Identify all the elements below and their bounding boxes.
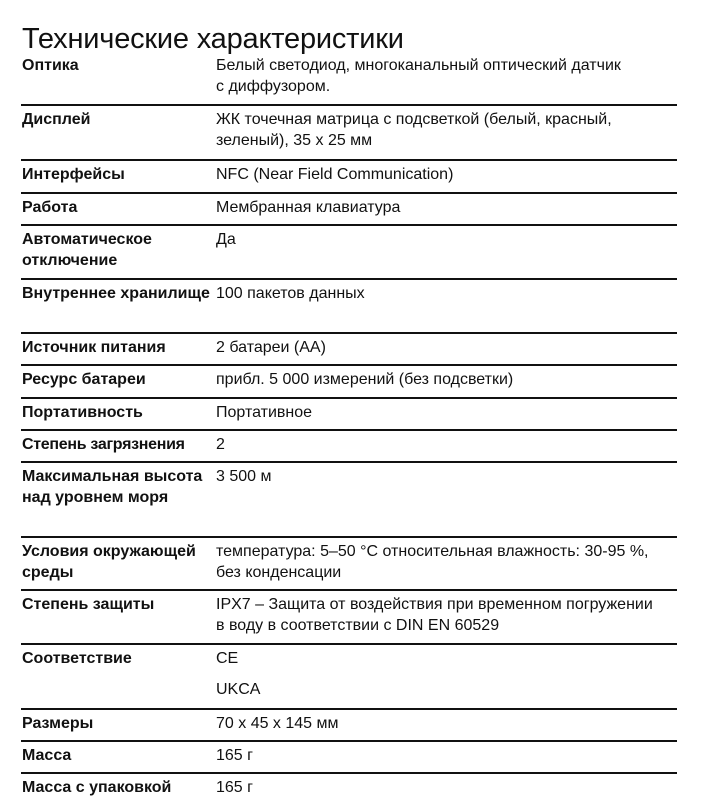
spec-label: Внутреннее хранилище — [21, 280, 216, 332]
spec-row-portability: Портативность Портативное — [21, 399, 677, 431]
spec-label: Масса — [21, 742, 216, 772]
spec-row-storage: Внутреннее хранилище 100 пакетов данных — [21, 280, 677, 334]
spec-label: Соответствие — [21, 645, 216, 708]
spec-label: Интерфейсы — [21, 161, 216, 192]
spec-row-protection: Степень защиты IPX7 – Защита от воздейст… — [21, 591, 677, 645]
spec-value-text: ЖК точечная матрица с подсветкой (белый,… — [216, 109, 677, 151]
spec-value: 2 — [216, 431, 677, 461]
spec-value: IPX7 – Защита от воздействия при временн… — [216, 591, 677, 643]
spec-row-conformity: Соответствие CE UKCA — [21, 645, 677, 710]
spec-label: Источник питания — [21, 334, 216, 364]
spec-value-text: CE — [216, 648, 677, 669]
spec-label: Степень загрязнения — [21, 431, 216, 461]
spec-row-power: Источник питания 2 батареи (AA) — [21, 334, 677, 366]
spec-value: температура: 5–50 °C относительная влажн… — [216, 538, 677, 589]
spec-value-text: 2 батареи (AA) — [216, 337, 677, 358]
spec-value: Да — [216, 226, 677, 278]
spec-row-environment: Условия окружающей среды температура: 5–… — [21, 538, 677, 591]
spec-value: 100 пакетов данных — [216, 280, 677, 332]
spec-value: 165 г — [216, 742, 677, 772]
spec-row-interfaces: Интерфейсы NFC (Near Field Communication… — [21, 161, 677, 194]
spec-value: CE UKCA — [216, 645, 677, 708]
spec-value-text: 100 пакетов данных — [216, 283, 677, 304]
spec-value-text: 3 500 м — [216, 466, 677, 487]
spec-value: 3 500 м — [216, 463, 677, 536]
spec-row-pollution-degree: Степень загрязнения 2 — [21, 431, 677, 463]
spec-value: прибл. 5 000 измерений (без подсветки) — [216, 366, 677, 397]
spec-row-operation: Работа Мембранная клавиатура — [21, 194, 677, 226]
spec-label: Размеры — [21, 710, 216, 740]
spec-value-text: 2 — [216, 434, 677, 455]
spec-value-text: прибл. 5 000 измерений (без подсветки) — [216, 369, 677, 390]
spec-label: Оптика — [21, 52, 216, 104]
spec-value: 70 x 45 x 145 мм — [216, 710, 677, 740]
spec-label: Масса с упаковкой — [21, 774, 216, 806]
spec-row-max-altitude: Максимальная высота над уровнем моря 3 5… — [21, 463, 677, 538]
spec-value-text: 165 г — [216, 745, 677, 766]
spec-label: Автоматическое отключение — [21, 226, 216, 278]
spec-value-text: IPX7 – Защита от воздействия при временн… — [216, 594, 656, 636]
spec-value-text: NFC (Near Field Communication) — [216, 164, 677, 185]
spec-label: Работа — [21, 194, 216, 224]
spec-value: Белый светодиод, многоканальный оптическ… — [216, 52, 677, 104]
spec-label: Максимальная высота над уровнем моря — [21, 463, 216, 536]
spec-value: Портативное — [216, 399, 677, 429]
spec-value: ЖК точечная матрица с подсветкой (белый,… — [216, 106, 677, 159]
spec-value: 165 г — [216, 774, 677, 806]
spec-row-auto-off: Автоматическое отключение Да — [21, 226, 677, 280]
spec-row-packaged-weight: Масса с упаковкой 165 г — [21, 774, 677, 806]
spec-label: Портативность — [21, 399, 216, 429]
spec-value-text: Мембранная клавиатура — [216, 197, 677, 218]
spec-value-text: температура: 5–50 °C относительная влажн… — [216, 541, 677, 583]
spec-value-text: Да — [216, 229, 677, 250]
spec-value-text: UKCA — [216, 679, 677, 700]
spec-row-display: Дисплей ЖК точечная матрица с подсветкой… — [21, 106, 677, 161]
spec-value-text: Белый светодиод, многоканальный оптическ… — [216, 55, 626, 97]
spec-row-battery-life: Ресурс батареи прибл. 5 000 измерений (б… — [21, 366, 677, 399]
spec-value-text: 165 г — [216, 777, 677, 798]
spec-value-text: 70 x 45 x 145 мм — [216, 713, 677, 734]
spec-value: Мембранная клавиатура — [216, 194, 677, 224]
spec-label: Ресурс батареи — [21, 366, 216, 397]
spec-row-dimensions: Размеры 70 x 45 x 145 мм — [21, 710, 677, 742]
spec-row-optics: Оптика Белый светодиод, многоканальный о… — [21, 52, 677, 106]
spec-value: NFC (Near Field Communication) — [216, 161, 677, 192]
spec-label: Условия окружающей среды — [21, 538, 216, 589]
spec-row-weight: Масса 165 г — [21, 742, 677, 774]
spec-value: 2 батареи (AA) — [216, 334, 677, 364]
spec-value-text: Портативное — [216, 402, 677, 423]
specifications-table: Оптика Белый светодиод, многоканальный о… — [21, 52, 677, 806]
spec-label: Дисплей — [21, 106, 216, 159]
spec-label: Степень защиты — [21, 591, 216, 643]
